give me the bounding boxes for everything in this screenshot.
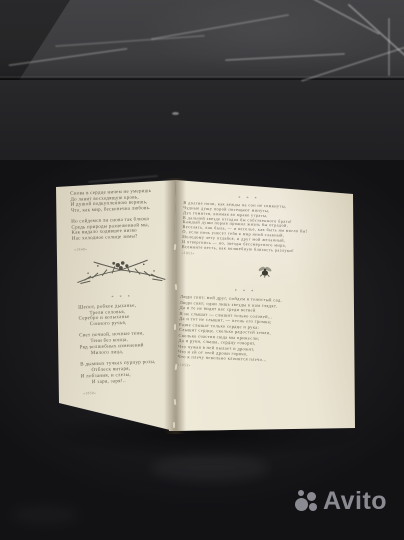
open-poetry-book: Снова в сердце ничем не умеришьДо ланит … <box>48 174 362 440</box>
avito-logo-icon <box>295 489 319 515</box>
chalk-streak <box>388 18 390 76</box>
poem-long-night: В долгие ночи, как вежды на сон не сомкн… <box>182 201 352 256</box>
watermark-text: Avito <box>323 487 387 516</box>
poem-date: «1850» <box>83 388 179 395</box>
poem-stanza: Снова в сердце ничем не умеришьДо ланит … <box>70 188 173 214</box>
poem-stanza: В дымных тучках пурпур розы,Отблеск янта… <box>80 359 179 386</box>
left-page-content: Снова в сердце ничем не умеришьДо ланит … <box>64 182 180 430</box>
light-smudge <box>10 505 80 525</box>
logo-dot <box>298 490 304 496</box>
right-page-content: * * * В долгие ночи, как вежды на сон не… <box>175 188 352 438</box>
backdrop-mid <box>0 80 404 165</box>
section-asterisks: * * * <box>68 292 176 301</box>
floral-spray-icon <box>67 255 176 291</box>
avito-watermark: Avito <box>295 487 387 516</box>
chalk-speck <box>172 112 179 115</box>
fly-icon <box>181 261 350 287</box>
poem-stanza: Но сойдемся ли снова так близкоСредь при… <box>71 216 174 242</box>
poem-people-sleep: Люди спят; мой друг, пойдем в тенистый с… <box>178 294 348 366</box>
logo-dot <box>309 503 317 511</box>
poem-date: «1848» <box>74 244 174 251</box>
logo-dot <box>307 492 316 501</box>
poem-stanza: Свет ночной, ночные тени,Тени без конца,… <box>79 330 178 357</box>
poem-shepot: Шепот, робкое дыханье,Трели соловья,Сере… <box>78 302 179 395</box>
logo-dot <box>295 498 308 511</box>
poem-stanza: Шепот, робкое дыханье,Трели соловья,Сере… <box>78 302 177 329</box>
poem-ending: Снова в сердце ничем не умеришьДо ланит … <box>70 188 174 251</box>
